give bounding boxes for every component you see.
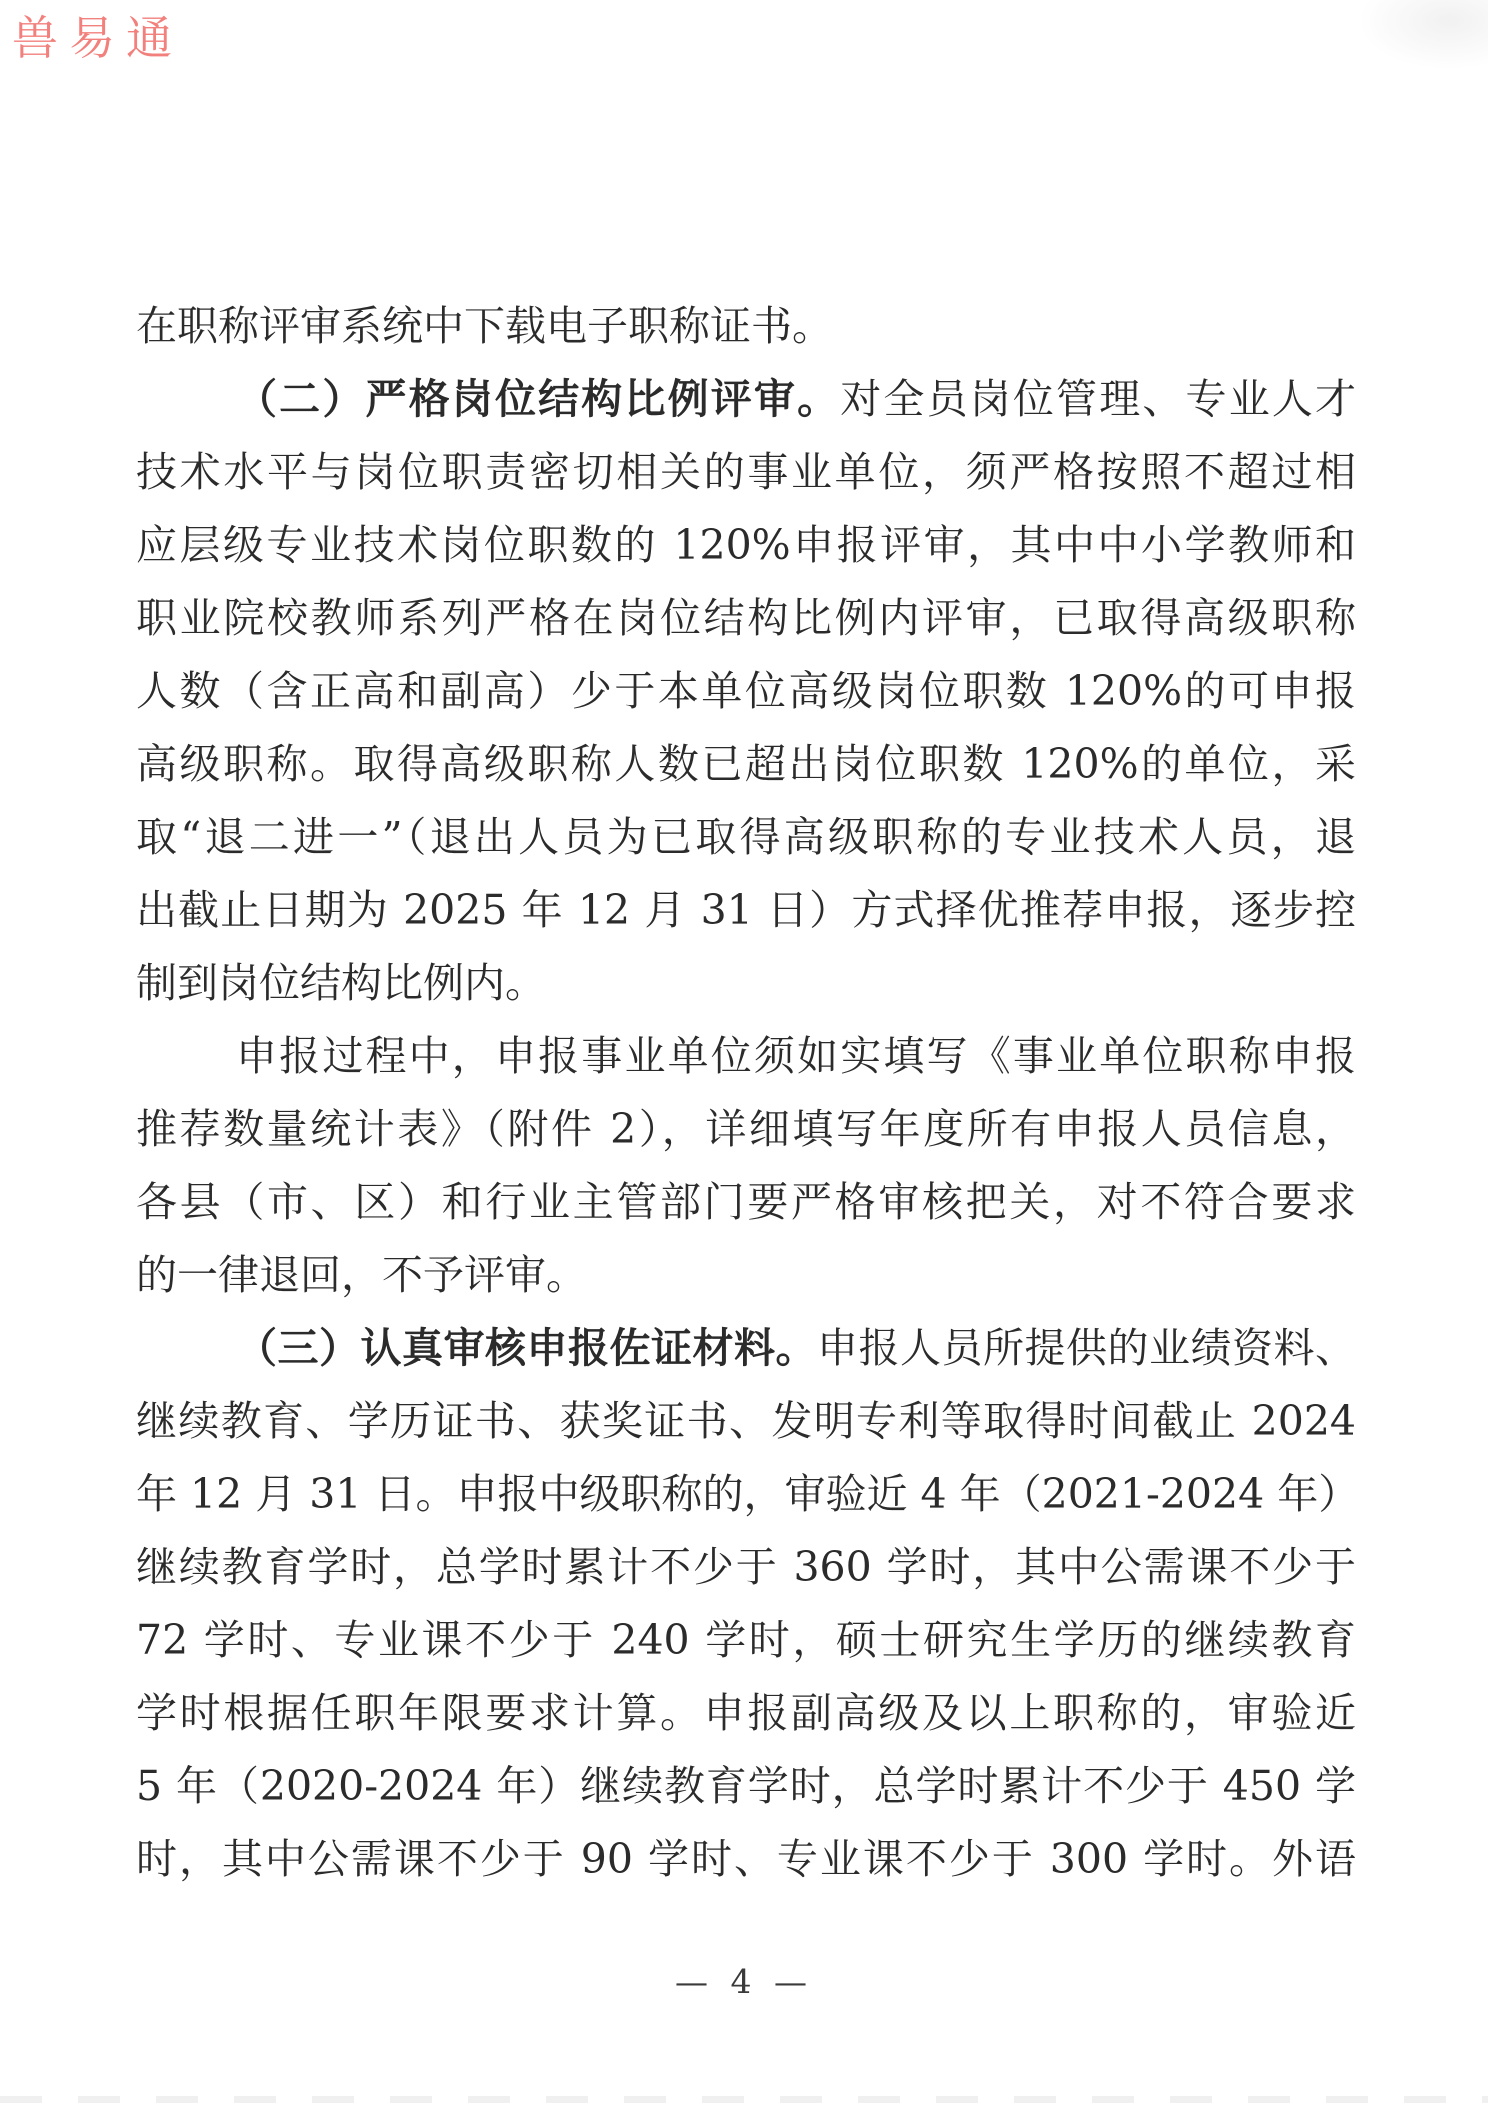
- text-line: 技术水平与岗位职责密切相关的事业单位，须严格按照不超过相: [136, 436, 1356, 509]
- text-line: 出截止日期为 2025 年 12 月 31 日）方式择优推荐申报，逐步控: [136, 874, 1356, 947]
- text-run: 5 年（2020-2024 年）继续教育学时，总学时累计不少于 450 学: [136, 1762, 1356, 1810]
- text-run: 申报人员所提供的业绩资料、: [817, 1324, 1356, 1372]
- scan-artifact: [0, 2096, 1488, 2103]
- text-run: 出截止日期为 2025 年 12 月 31 日）方式择优推荐申报，逐步控: [136, 886, 1356, 934]
- text-line: （三）认真审核申报佐证材料。申报人员所提供的业绩资料、: [136, 1312, 1356, 1385]
- text-line: 各县（市、区）和行业主管部门要严格审核把关，对不符合要求: [136, 1166, 1356, 1239]
- text-run: 高级职称。取得高级职称人数已超出岗位职数 120%的单位，采: [136, 740, 1356, 788]
- text-run: 时，其中公需课不少于 90 学时、专业课不少于 300 学时。外语: [136, 1835, 1356, 1883]
- text-run: 对全员岗位管理、专业人才: [840, 375, 1356, 423]
- text-line: 取“退二进一”（退出人员为已取得高级职称的专业技术人员，退: [136, 801, 1356, 874]
- text-run: 推荐数量统计表》（附件 2），详细填写年度所有申报人员信息，: [136, 1105, 1356, 1153]
- text-run: 各县（市、区）和行业主管部门要严格审核把关，对不符合要求: [136, 1178, 1356, 1226]
- text-run: 的一律退回，不予评审。: [136, 1251, 587, 1299]
- text-line: 的一律退回，不予评审。: [136, 1239, 1356, 1312]
- text-run: 72 学时、专业课不少于 240 学时，硕士研究生学历的继续教育: [136, 1616, 1356, 1664]
- text-run: 人数（含正高和副高）少于本单位高级岗位职数 120%的可申报: [136, 667, 1356, 715]
- text-run: 应层级专业技术岗位职数的 120%申报评审，其中中小学教师和: [136, 521, 1356, 569]
- text-line: 时，其中公需课不少于 90 学时、专业课不少于 300 学时。外语: [136, 1823, 1356, 1896]
- text-line: 继续教育学时，总学时累计不少于 360 学时，其中公需课不少于: [136, 1531, 1356, 1604]
- scan-smudge: [1358, 0, 1488, 70]
- text-run: 职业院校教师系列严格在岗位结构比例内评审，已取得高级职称: [136, 594, 1356, 642]
- text-line: 制到岗位结构比例内。: [136, 947, 1356, 1020]
- text-run: 在职称评审系统中下载电子职称证书。: [136, 302, 833, 350]
- document-body: 在职称评审系统中下载电子职称证书。 （二）严格岗位结构比例评审。对全员岗位管理、…: [136, 290, 1356, 1896]
- text-run: 继续教育学时，总学时累计不少于 360 学时，其中公需课不少于: [136, 1543, 1356, 1591]
- text-run: 取“退二进一”（退出人员为已取得高级职称的专业技术人员，退: [136, 813, 1356, 861]
- text-line: 应层级专业技术岗位职数的 120%申报评审，其中中小学教师和: [136, 509, 1356, 582]
- bold-run: （二）严格岗位结构比例评审。: [236, 375, 840, 423]
- bold-run: （三）认真审核申报佐证材料。: [236, 1324, 817, 1372]
- text-line: 高级职称。取得高级职称人数已超出岗位职数 120%的单位，采: [136, 728, 1356, 801]
- text-line: 年 12 月 31 日。申报中级职称的，审验近 4 年（2021-2024 年）: [136, 1458, 1356, 1531]
- text-line: 72 学时、专业课不少于 240 学时，硕士研究生学历的继续教育: [136, 1604, 1356, 1677]
- page-number: — 4 —: [0, 1962, 1488, 2001]
- watermark-logo-text: 兽易通: [12, 2, 183, 68]
- text-line: 职业院校教师系列严格在岗位结构比例内评审，已取得高级职称: [136, 582, 1356, 655]
- text-line: 在职称评审系统中下载电子职称证书。: [136, 290, 1356, 363]
- text-line: （二）严格岗位结构比例评审。对全员岗位管理、专业人才: [136, 363, 1356, 436]
- text-run: 年 12 月 31 日。申报中级职称的，审验近 4 年（2021-2024 年）: [136, 1470, 1356, 1518]
- text-line: 推荐数量统计表》（附件 2），详细填写年度所有申报人员信息，: [136, 1093, 1356, 1166]
- document-page: 兽易通 在职称评审系统中下载电子职称证书。 （二）严格岗位结构比例评审。对全员岗…: [0, 0, 1488, 2104]
- text-line: 学时根据任职年限要求计算。申报副高级及以上职称的，审验近: [136, 1677, 1356, 1750]
- text-run: 制到岗位结构比例内。: [136, 959, 546, 1007]
- text-line: 5 年（2020-2024 年）继续教育学时，总学时累计不少于 450 学: [136, 1750, 1356, 1823]
- text-run: 技术水平与岗位职责密切相关的事业单位，须严格按照不超过相: [136, 448, 1356, 496]
- text-run: 学时根据任职年限要求计算。申报副高级及以上职称的，审验近: [136, 1689, 1356, 1737]
- text-line: 申报过程中，申报事业单位须如实填写《事业单位职称申报: [136, 1020, 1356, 1093]
- text-line: 人数（含正高和副高）少于本单位高级岗位职数 120%的可申报: [136, 655, 1356, 728]
- text-run: 继续教育、学历证书、获奖证书、发明专利等取得时间截止 2024: [136, 1397, 1356, 1445]
- text-line: 继续教育、学历证书、获奖证书、发明专利等取得时间截止 2024: [136, 1385, 1356, 1458]
- text-run: 申报过程中，申报事业单位须如实填写《事业单位职称申报: [236, 1032, 1356, 1080]
